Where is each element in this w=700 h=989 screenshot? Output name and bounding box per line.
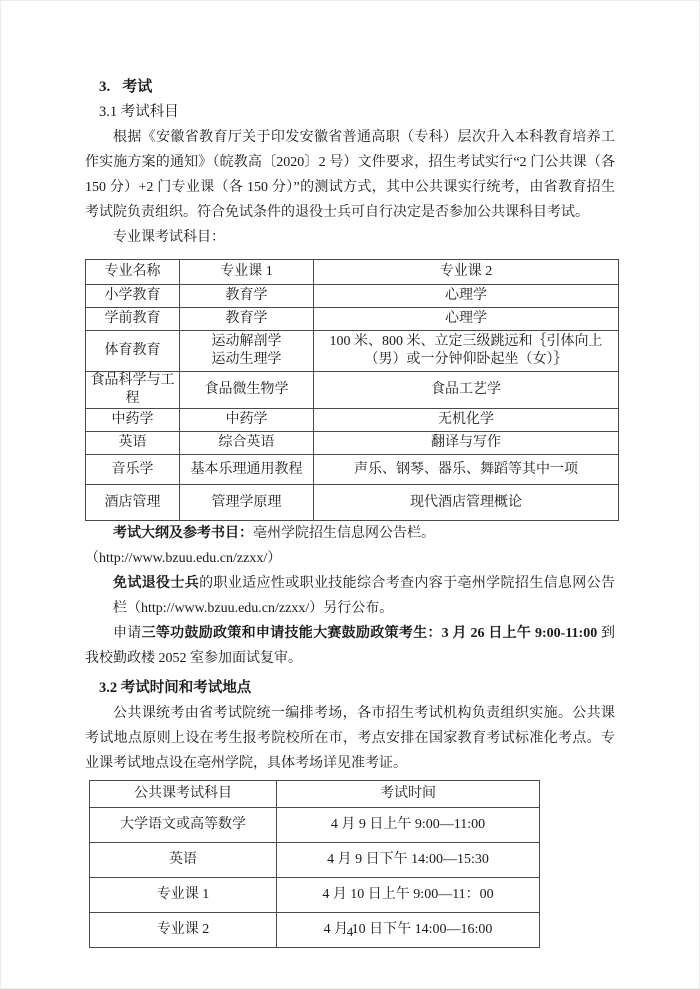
table-cell: 学前教育 [86,308,180,331]
section-number: 3. [99,75,110,100]
page-number: 4 [1,924,699,940]
note-veterans: 免试退役士兵的职业适应性或职业技能综合考查内容于亳州学院招生信息网公告栏（htt… [85,571,615,621]
professional-courses-table: 专业名称 专业课 1 专业课 2 小学教育 教育学 心理学 学前教育 教育学 心… [85,259,619,521]
table-cell: 100 米、800 米、立定三级跳远和｛引体向上（男）或一分钟仰卧起坐（女）｝ [314,331,619,372]
table-cell: 英语 [86,432,180,455]
table-row: 酒店管理 管理学原理 现代酒店管理概论 [86,485,619,521]
subsection-heading-3-2: 3.2 考试时间和考试地点 [85,676,615,701]
table-header-cell: 公共课考试科目 [90,781,277,808]
table-cell: 食品工艺学 [314,372,619,409]
table-cell: 基本乐理通用教程 [180,455,314,485]
page-content: 3.考试 3.1 考试科目 根据《安徽省教育厅关于印发安徽省普通高职（专科）层次… [1,1,699,948]
table-cell: 声乐、钢琴、器乐、舞蹈等其中一项 [314,455,619,485]
note-incentive-bold: 三等功鼓励政策和申请技能大赛鼓励政策考生：3 月 26 日上午 9:00-11:… [142,626,601,641]
table-cell: 运动解剖学 运动生理学 [180,331,314,372]
note-syllabus-label: 考试大纲及参考书目： [113,526,253,541]
note-incentive: 申请三等功鼓励政策和申请技能大赛鼓励政策考生：3 月 26 日上午 9:00-1… [85,621,615,671]
note-veterans-label: 免试退役士兵 [113,576,199,591]
table-header-cell: 专业课 2 [314,260,619,285]
table-header-cell: 专业课 1 [180,260,314,285]
table-row: 学前教育 教育学 心理学 [86,308,619,331]
table-cell: 综合英语 [180,432,314,455]
table-row: 英语 综合英语 翻译与写作 [86,432,619,455]
table-header-row: 专业名称 专业课 1 专业课 2 [86,260,619,285]
table-cell: 酒店管理 [86,485,180,521]
table-cell: 体育教育 [86,331,180,372]
table-cell: 教育学 [180,308,314,331]
paragraph-exam-location: 公共课统考由省考试院统一编排考场，各市招生考试机构负责组织实施。公共课考试地点原… [85,701,615,776]
note-syllabus-url: （http://www.bzuu.edu.cn/zzxx/） [85,546,615,571]
table-cell: 心理学 [314,285,619,308]
table1-intro: 专业课考试科目： [85,225,615,250]
table-cell: 专业课 1 [90,878,277,913]
section-title: 考试 [122,79,152,95]
table-row: 大学语文或高等数学 4 月 9 日上午 9:00—11:00 [90,808,540,843]
note-syllabus-text: 亳州学院招生信息网公告栏。 [253,526,435,541]
table-row: 音乐学 基本乐理通用教程 声乐、钢琴、器乐、舞蹈等其中一项 [86,455,619,485]
table-cell: 教育学 [180,285,314,308]
public-exam-schedule-table: 公共课考试科目 考试时间 大学语文或高等数学 4 月 9 日上午 9:00—11… [89,780,540,948]
table-cell: 英语 [90,843,277,878]
note-incentive-pre: 申请 [113,626,142,641]
document-page: 3.考试 3.1 考试科目 根据《安徽省教育厅关于印发安徽省普通高职（专科）层次… [0,0,700,989]
table-cell: 4 月 9 日下午 14:00—15:30 [277,843,540,878]
paragraph-exam-basis: 根据《安徽省教育厅关于印发安徽省普通高职（专科）层次升入本科教育培养工作实施方案… [85,125,615,225]
table-row: 专业课 1 4 月 10 日上午 9:00—11：00 [90,878,540,913]
subsection-heading-3-1: 3.1 考试科目 [85,100,615,125]
table-cell: 心理学 [314,308,619,331]
note-syllabus: 考试大纲及参考书目：亳州学院招生信息网公告栏。 [85,521,615,546]
table-header-row: 公共课考试科目 考试时间 [90,781,540,808]
section-heading-3: 3.考试 [85,75,615,100]
table-cell: 中药学 [86,409,180,432]
table-row: 体育教育 运动解剖学 运动生理学 100 米、800 米、立定三级跳远和｛引体向… [86,331,619,372]
table-row: 小学教育 教育学 心理学 [86,285,619,308]
table-row: 英语 4 月 9 日下午 14:00—15:30 [90,843,540,878]
table-cell: 食品科学与工程 [86,372,180,409]
table-cell: 中药学 [180,409,314,432]
table-header-cell: 考试时间 [277,781,540,808]
table-cell: 无机化学 [314,409,619,432]
table-cell: 管理学原理 [180,485,314,521]
table-cell: 翻译与写作 [314,432,619,455]
table-cell: 食品微生物学 [180,372,314,409]
table-cell: 小学教育 [86,285,180,308]
table-cell: 4 月 9 日上午 9:00—11:00 [277,808,540,843]
table-cell: 音乐学 [86,455,180,485]
table-row: 食品科学与工程 食品微生物学 食品工艺学 [86,372,619,409]
table-cell: 大学语文或高等数学 [90,808,277,843]
table-cell: 4 月 10 日上午 9:00—11：00 [277,878,540,913]
table-row: 中药学 中药学 无机化学 [86,409,619,432]
table-cell: 现代酒店管理概论 [314,485,619,521]
table-header-cell: 专业名称 [86,260,180,285]
